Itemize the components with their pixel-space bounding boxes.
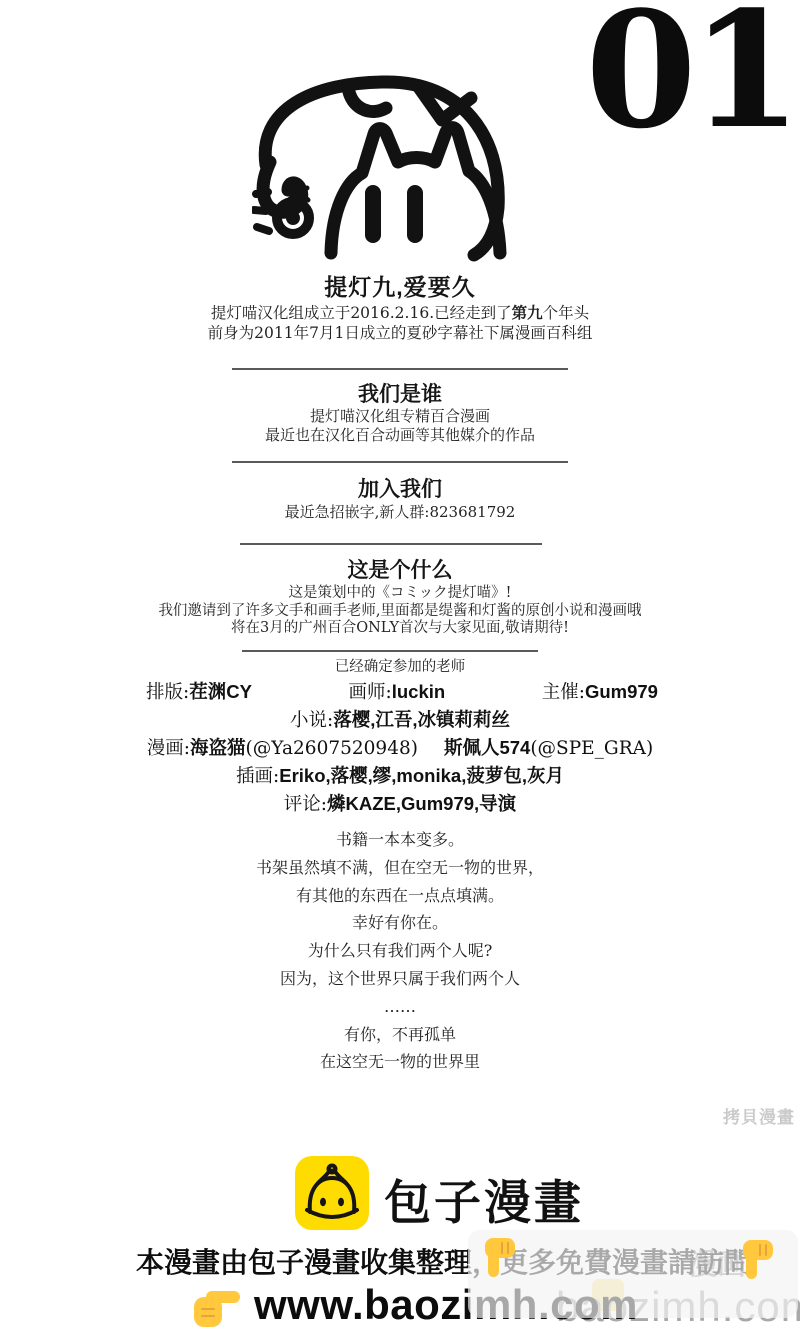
recruit-group-number: 最近急招嵌字,新人群:823681792 [0,503,800,522]
section-body-join-us: 最近急招嵌字,新人群:823681792 [0,503,800,522]
participants-subheading: 已经确定参加的老师 [0,655,800,676]
credits-row-1: 排版:茬渊CY 画师:luckin 主催:Gum979 [146,678,658,704]
credit-organizer: 主催:Gum979 [542,678,658,704]
intro-text: 提灯喵汉化组成立于2016.2.16.已经走到了第九个年头 前身为2011年7月… [0,304,800,343]
section-heading-join-us: 加入我们 [0,473,800,503]
lantern-cat-logo-icon [252,70,532,265]
point-down-icon [740,1238,776,1280]
brand-name[interactable]: 包子漫畫 [384,1166,584,1233]
credits-row-illustration: 插画:Eriko,落樱,缪,monika,菠萝包,灰月 [0,762,800,788]
divider [242,650,538,652]
divider [232,461,568,463]
credits-row-manga: 漫画:海盗猫(@Ya2607520948) 斯佩人574(@SPE_GRA) [0,734,800,760]
intro-line-1: 提灯喵汉化组成立于2016.2.16.已经走到了第九个年头 [0,304,800,324]
section-body-what-is-this: 这是策划中的《コミック提灯喵》! 我们邀请到了许多文手和画手老师,里面都是缇酱和… [0,585,800,638]
section-heading-what-is-this: 这是个什么 [0,554,800,584]
scanlation-credits-page: 01 提灯九,爱要久 [0,0,800,1337]
section-heading-who-we-are: 我们是谁 [0,378,800,408]
divider [240,543,542,545]
intro-line-2: 前身为2011年7月1日成立的夏砂字幕社下属漫画百科组 [0,324,800,344]
page-number: 01 [585,0,796,140]
poem-text: 书籍一本本变多。 书架虽然填不满，但在空无一物的世界， 有其他的东西在一点点填满… [0,826,800,1076]
page-title: 提灯九,爱要久 [0,269,800,302]
baozi-bun-logo-icon[interactable] [295,1156,369,1230]
credit-typesetting: 排版:茬渊CY [146,678,252,704]
section-body-who-we-are: 提灯喵汉化组专精百合漫画 最近也在汉化百合动画等其他媒介的作品 [0,407,800,445]
copymanga-watermark: 拷貝漫畫 [723,1103,795,1128]
credits-row-novel: 小说:落樱,江吾,冰镇莉莉丝 [0,706,800,732]
credits-row-commentary: 评论:燐KAZE,Gum979,导演 [0,790,800,816]
point-down-icon [482,1236,518,1278]
credit-artist: 画师:luckin [348,678,445,704]
point-right-icon [190,1285,242,1329]
divider [232,368,568,370]
